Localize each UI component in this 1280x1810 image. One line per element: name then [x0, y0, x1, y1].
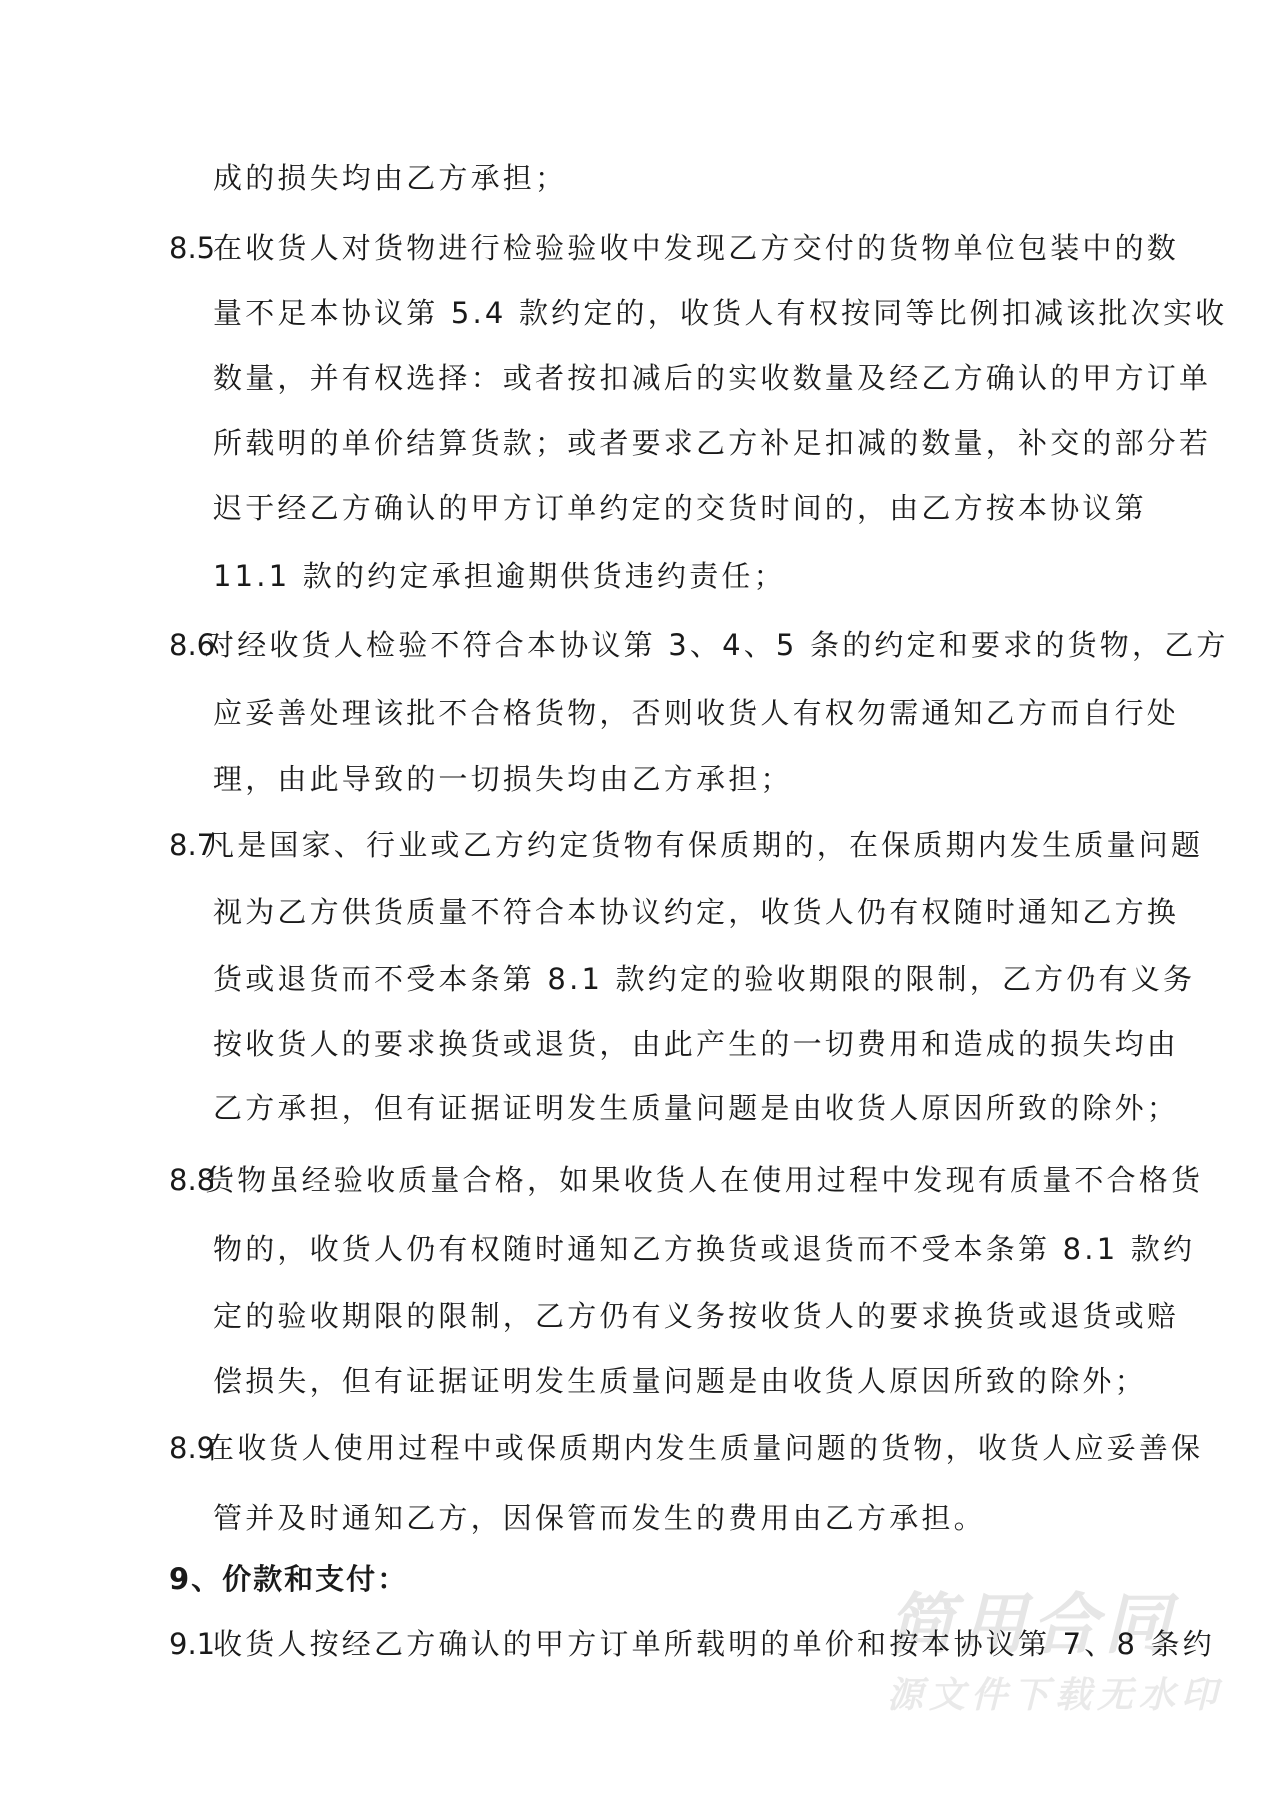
text-line: 偿损失，但有证据证明发生质量问题是由收货人原因所致的除外；: [213, 1361, 1147, 1401]
clause-8-8-text: 货物虽经验收质量合格，如果收货人在使用过程中发现有质量不合格货: [205, 1160, 1203, 1200]
section-heading: 9、价款和支付：: [169, 1559, 408, 1599]
text-line: 按收货人的要求换货或退货，由此产生的一切费用和造成的损失均由: [213, 1024, 1179, 1064]
text-line: 乙方承担，但有证据证明发生质量问题是由收货人原因所致的除外；: [213, 1088, 1179, 1128]
text-line: 迟于经乙方确认的甲方订单约定的交货时间的，由乙方按本协议第: [213, 488, 1147, 528]
text-line: 货或退货而不受本条第 8.1 款约定的验收期限的限制，乙方仍有义务: [213, 959, 1195, 999]
text-line: 物的，收货人仍有权随时通知乙方换货或退货而不受本条第 8.1 款约: [213, 1229, 1195, 1269]
clause-number: 8.5: [169, 228, 215, 268]
text-line: 11.1 款的约定承担逾期供货违约责任；: [213, 556, 786, 596]
text-line: 成的损失均由乙方承担；: [213, 158, 567, 198]
clause-8-9-text: 在收货人使用过程中或保质期内发生质量问题的货物，收货人应妥善保: [205, 1428, 1203, 1468]
document-page: 成的损失均由乙方承担； 8.5 在收货人对货物进行检验验收中发现乙方交付的货物单…: [0, 0, 1280, 1810]
text-line: 数量，并有权选择：或者按扣减后的实收数量及经乙方确认的甲方订单: [213, 358, 1211, 398]
text-line: 应妥善处理该批不合格货物，否则收货人有权勿需通知乙方而自行处: [213, 693, 1179, 733]
clause-number: 9.1: [169, 1624, 215, 1664]
text-line: 管并及时通知乙方，因保管而发生的费用由乙方承担。: [213, 1498, 986, 1538]
clause-8-5-text: 在收货人对货物进行检验验收中发现乙方交付的货物单位包装中的数: [213, 228, 1179, 268]
clause-9-1-text: 收货人按经乙方确认的甲方订单所载明的单价和按本协议第 7、8 条约: [213, 1624, 1215, 1664]
text-line: 理，由此导致的一切损失均由乙方承担；: [213, 759, 793, 799]
text-line: 量不足本协议第 5.4 款约定的，收货人有权按同等比例扣减该批次实收: [213, 293, 1227, 333]
text-line: 所载明的单价结算货款；或者要求乙方补足扣减的数量，补交的部分若: [213, 423, 1211, 463]
text-line: 视为乙方供货质量不符合本协议约定，收货人仍有权随时通知乙方换: [213, 892, 1179, 932]
text-line: 定的验收期限的限制，乙方仍有义务按收货人的要求换货或退货或赔: [213, 1296, 1179, 1336]
watermark-subtitle: 源文件下载无水印: [887, 1676, 1223, 1716]
clause-8-6-text: 对经收货人检验不符合本协议第 3、4、5 条的约定和要求的货物，乙方: [205, 625, 1229, 665]
clause-8-7-text: 凡是国家、行业或乙方约定货物有保质期的，在保质期内发生质量问题: [205, 825, 1203, 865]
